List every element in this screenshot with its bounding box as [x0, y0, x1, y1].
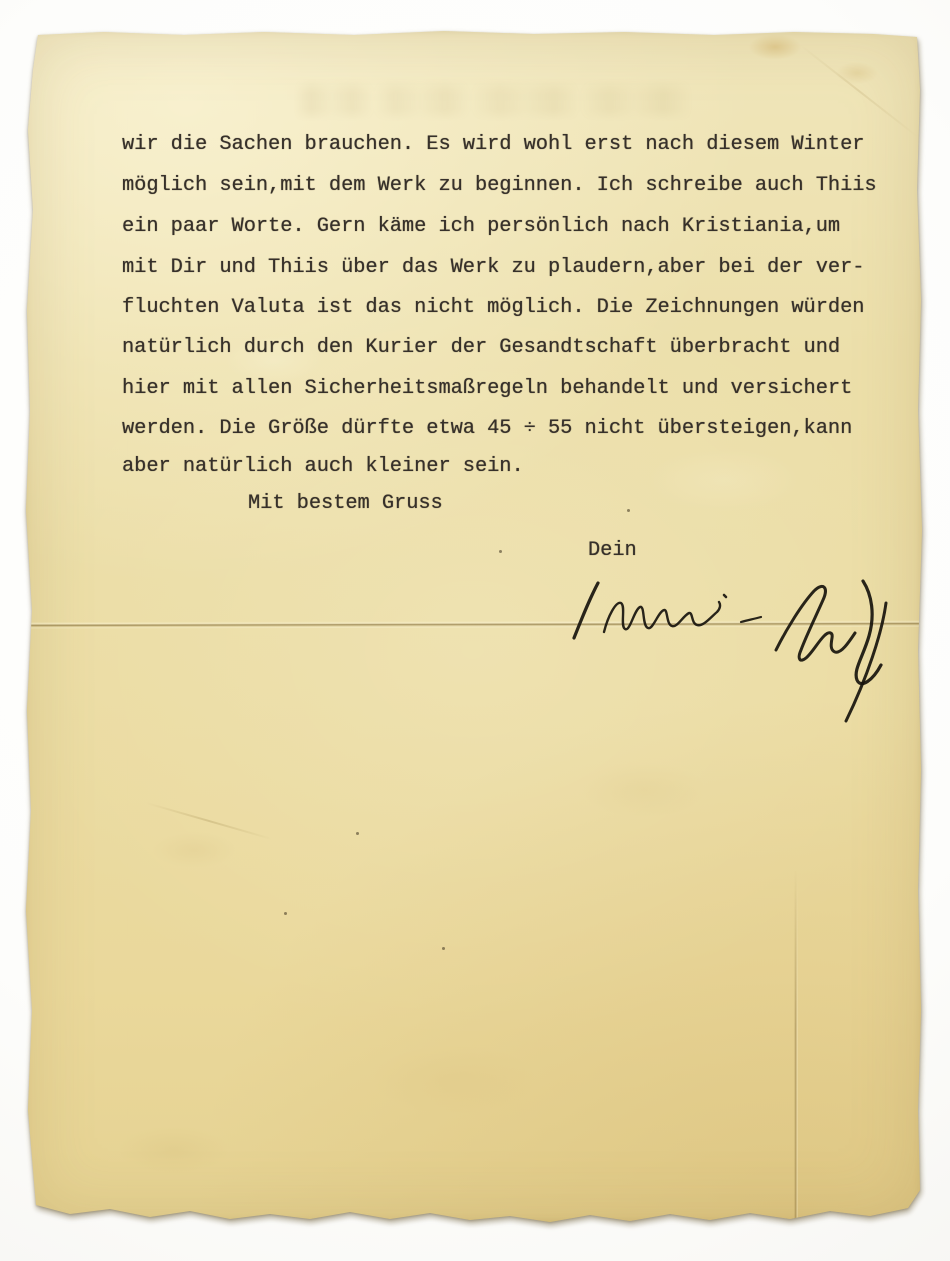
ink-speck [284, 912, 287, 915]
valediction-line: Dein [588, 541, 637, 561]
ink-speck [499, 550, 502, 553]
paper-sheet: wir die Sachen brauchen. Es wird wohl er… [24, 30, 922, 1222]
paper-stain [829, 58, 885, 88]
letter-line: fluchten Valuta ist das nicht möglich. D… [122, 298, 864, 318]
letterhead-bleedthrough [294, 78, 714, 122]
signature-handwriting [520, 570, 920, 740]
letter-line: mit Dir und Thiis über das Werk zu plaud… [122, 258, 864, 278]
ink-speck [442, 947, 445, 950]
paper-sheet-shadow: wir die Sachen brauchen. Es wird wohl er… [24, 30, 922, 1222]
ink-speck [356, 832, 359, 835]
paper-crease [146, 802, 272, 840]
ink-speck [627, 509, 630, 512]
paper-crease [799, 44, 918, 138]
letter-line: aber natürlich auch kleiner sein. [122, 457, 524, 477]
paper-stain [740, 30, 810, 64]
letter-line: werden. Die Größe dürfte etwa 45 ÷ 55 ni… [122, 419, 852, 439]
letter-line: wir die Sachen brauchen. Es wird wohl er… [122, 135, 864, 155]
letter-line: möglich sein,mit dem Werk zu beginnen. I… [122, 176, 877, 196]
letter-line: natürlich durch den Kurier der Gesandtsc… [122, 338, 840, 358]
closing-line: Mit bestem Gruss [248, 494, 443, 514]
scan-background: wir die Sachen brauchen. Es wird wohl er… [0, 0, 950, 1261]
letter-line: ein paar Worte. Gern käme ich persönlich… [122, 217, 840, 237]
letter-line: hier mit allen Sicherheitsmaßregeln beha… [122, 379, 852, 399]
vertical-fold-crease [794, 870, 798, 1222]
